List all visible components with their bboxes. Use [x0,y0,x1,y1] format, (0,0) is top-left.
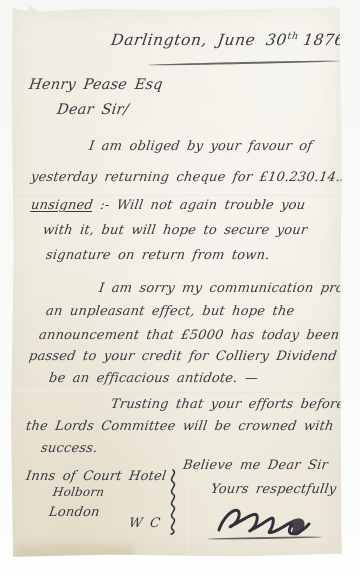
body-line: success. [40,441,98,456]
recipient-line: Henry Pease Esq [28,77,164,93]
salutation-line: Dear Sir/ [56,102,130,118]
body-line-rest: :- Will not again trouble you [92,198,306,213]
address-line: W C [128,516,161,531]
photo-background: Darlington, June 30th1876. Henry Pease E… [0,0,360,576]
body-line: yesterday returning cheque for £10.230.1… [30,170,350,185]
body-line: signature on return from town. [45,248,271,263]
body-line: announcement that £5000 has today been [38,328,340,343]
dateline-year: 1876. [302,31,352,49]
body-line: I am obliged by your favour of [88,139,313,154]
fold-crease-horizontal-2 [10,390,342,393]
dateline-ordinal: th [287,31,300,42]
unsigned-word: unsigned [30,198,94,213]
faded-stamp [16,545,134,569]
address-line: London [48,505,101,520]
address-line: Inns of Court Hotel [25,469,167,484]
letter-paper: Darlington, June 30th1876. Henry Pease E… [10,5,342,558]
body-line: be an efficacious antidote. — [48,371,259,386]
body-line: Trusting that your efforts before [110,397,345,412]
body-line: an unpleasant effect, but hope the [45,304,295,319]
date-underline [148,60,340,66]
body-line: unsigned :- Will not again trouble you [30,198,306,213]
address-brace-squiggle [166,468,180,536]
body-line: with it, but will hope to secure your [42,223,308,238]
body-line: I am sorry my communication produced [98,281,360,296]
dateline-place: Darlington, June 30 [110,31,288,49]
address-line: Holborn [52,485,105,499]
fold-crease-horizontal-1 [10,193,342,196]
closing-line: Believe me Dear Sir [182,458,329,473]
closing-line: Yours respectfully [210,482,337,497]
body-line: the Lords Committee will be crowned with [25,419,335,434]
body-line: passed to your credit for Colliery Divid… [28,349,360,364]
dateline: Darlington, June 30th1876. [110,31,352,49]
